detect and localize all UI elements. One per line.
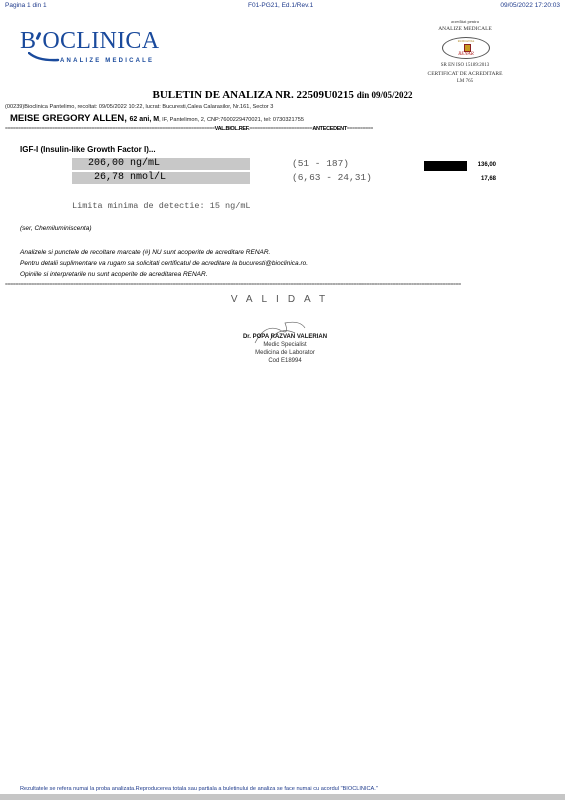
report-number: BULETIN DE ANALIZA NR. 22509U0215 [153,89,354,101]
page-indicator: Pagina 1 din 1 [5,2,47,9]
result-value: 206,00 ng/mL [72,158,160,169]
accreditation-note: Opiniile si interpretarile nu sunt acope… [20,271,208,278]
doctor-specialty: Medicina de Laborator [200,350,370,356]
collection-info: (00239)Bioclinica Pantelimo, recoltat: 0… [5,104,273,110]
logo-swoosh-icon [28,52,60,62]
patient-info: MEISE GREGORY ALLEN, 62 ani, M, IF, Pant… [10,113,304,124]
accreditation-line2: ANALIZE MEDICALE [410,26,520,32]
column-header-separator: ========================================… [5,126,373,132]
romania-crest-icon [464,44,471,52]
renar-seal: ROMANIA RENAR [442,37,490,59]
separator-dashes: ======================== [249,126,312,132]
accreditation-line1: acreditat pentru [410,19,520,24]
form-code: F01-PG21, Ed.1/Rev.1 [248,2,313,9]
renar-seal-text: RENAR [443,52,489,57]
doctor-code: Cod E18994 [200,358,370,364]
logo-letter: B [20,28,36,54]
print-timestamp: 09/05/2022 17:20:03 [500,2,560,9]
renar-seal-top: ROMANIA [443,39,489,43]
footer-disclaimer: Rezultatele se refera numai la proba ana… [20,786,378,792]
footer-bar [0,794,565,800]
bioclinica-logo: BOCLINICA [20,28,159,55]
accreditation-note: Analizele si punctele de recoltare marca… [20,249,270,256]
doctor-name: Dr. POPA RAZVAN VALERIAN [200,334,370,340]
separator-dashes: ========================================… [5,126,215,132]
reference-range: (6,63 - 24,31) [292,172,372,183]
certificate-label: CERTIFICAT DE ACREDITARE [410,71,520,77]
logo-subtitle: ANALIZE MEDICALE [60,58,154,64]
result-value-box: 26,78 nmol/L [72,172,250,184]
result-value-box: 206,00 ng/mL [72,158,250,170]
detection-limit: Limita minima de detectie: 15 ng/mL [72,201,251,211]
ref-column-header: VAL.BIOL.REF. [215,126,250,132]
test-name: IGF-I (Insulin-like Growth Factor I)... [20,145,156,154]
report-title: BULETIN DE ANALIZA NR. 22509U0215 din 09… [0,89,565,101]
validated-label: VALIDAT [0,294,565,305]
logo-text: OCLINICA [42,28,159,54]
result-value: 26,78 nmol/L [72,172,166,183]
iso-standard: SR EN ISO 15189:2013 [410,63,520,68]
report-date: din 09/05/2022 [357,90,413,100]
patient-name: MEISE GREGORY ALLEN, [10,113,127,124]
previous-column-header: ANTECEDENT [312,126,347,132]
doctor-title: Medic Specialist [200,342,370,348]
reference-range: (51 - 187) [292,158,349,169]
separator-dashes: ========== [347,126,373,132]
previous-value: 136,00 [456,162,496,168]
previous-value: 17,68 [456,176,496,182]
patient-details: , IF, Pantelimon, 2, CNP:7600229470021, … [159,117,304,123]
certificate-number: LM 765 [410,79,520,84]
accreditation-note: Pentru detalii suplimentare va rugam sa … [20,260,308,267]
patient-age-sex: 62 ani, M [129,116,159,123]
test-method: (ser, Chemiluminiscenta) [20,225,92,232]
bottom-separator: ========================================… [5,282,518,288]
logo-accent-icon [36,32,42,41]
